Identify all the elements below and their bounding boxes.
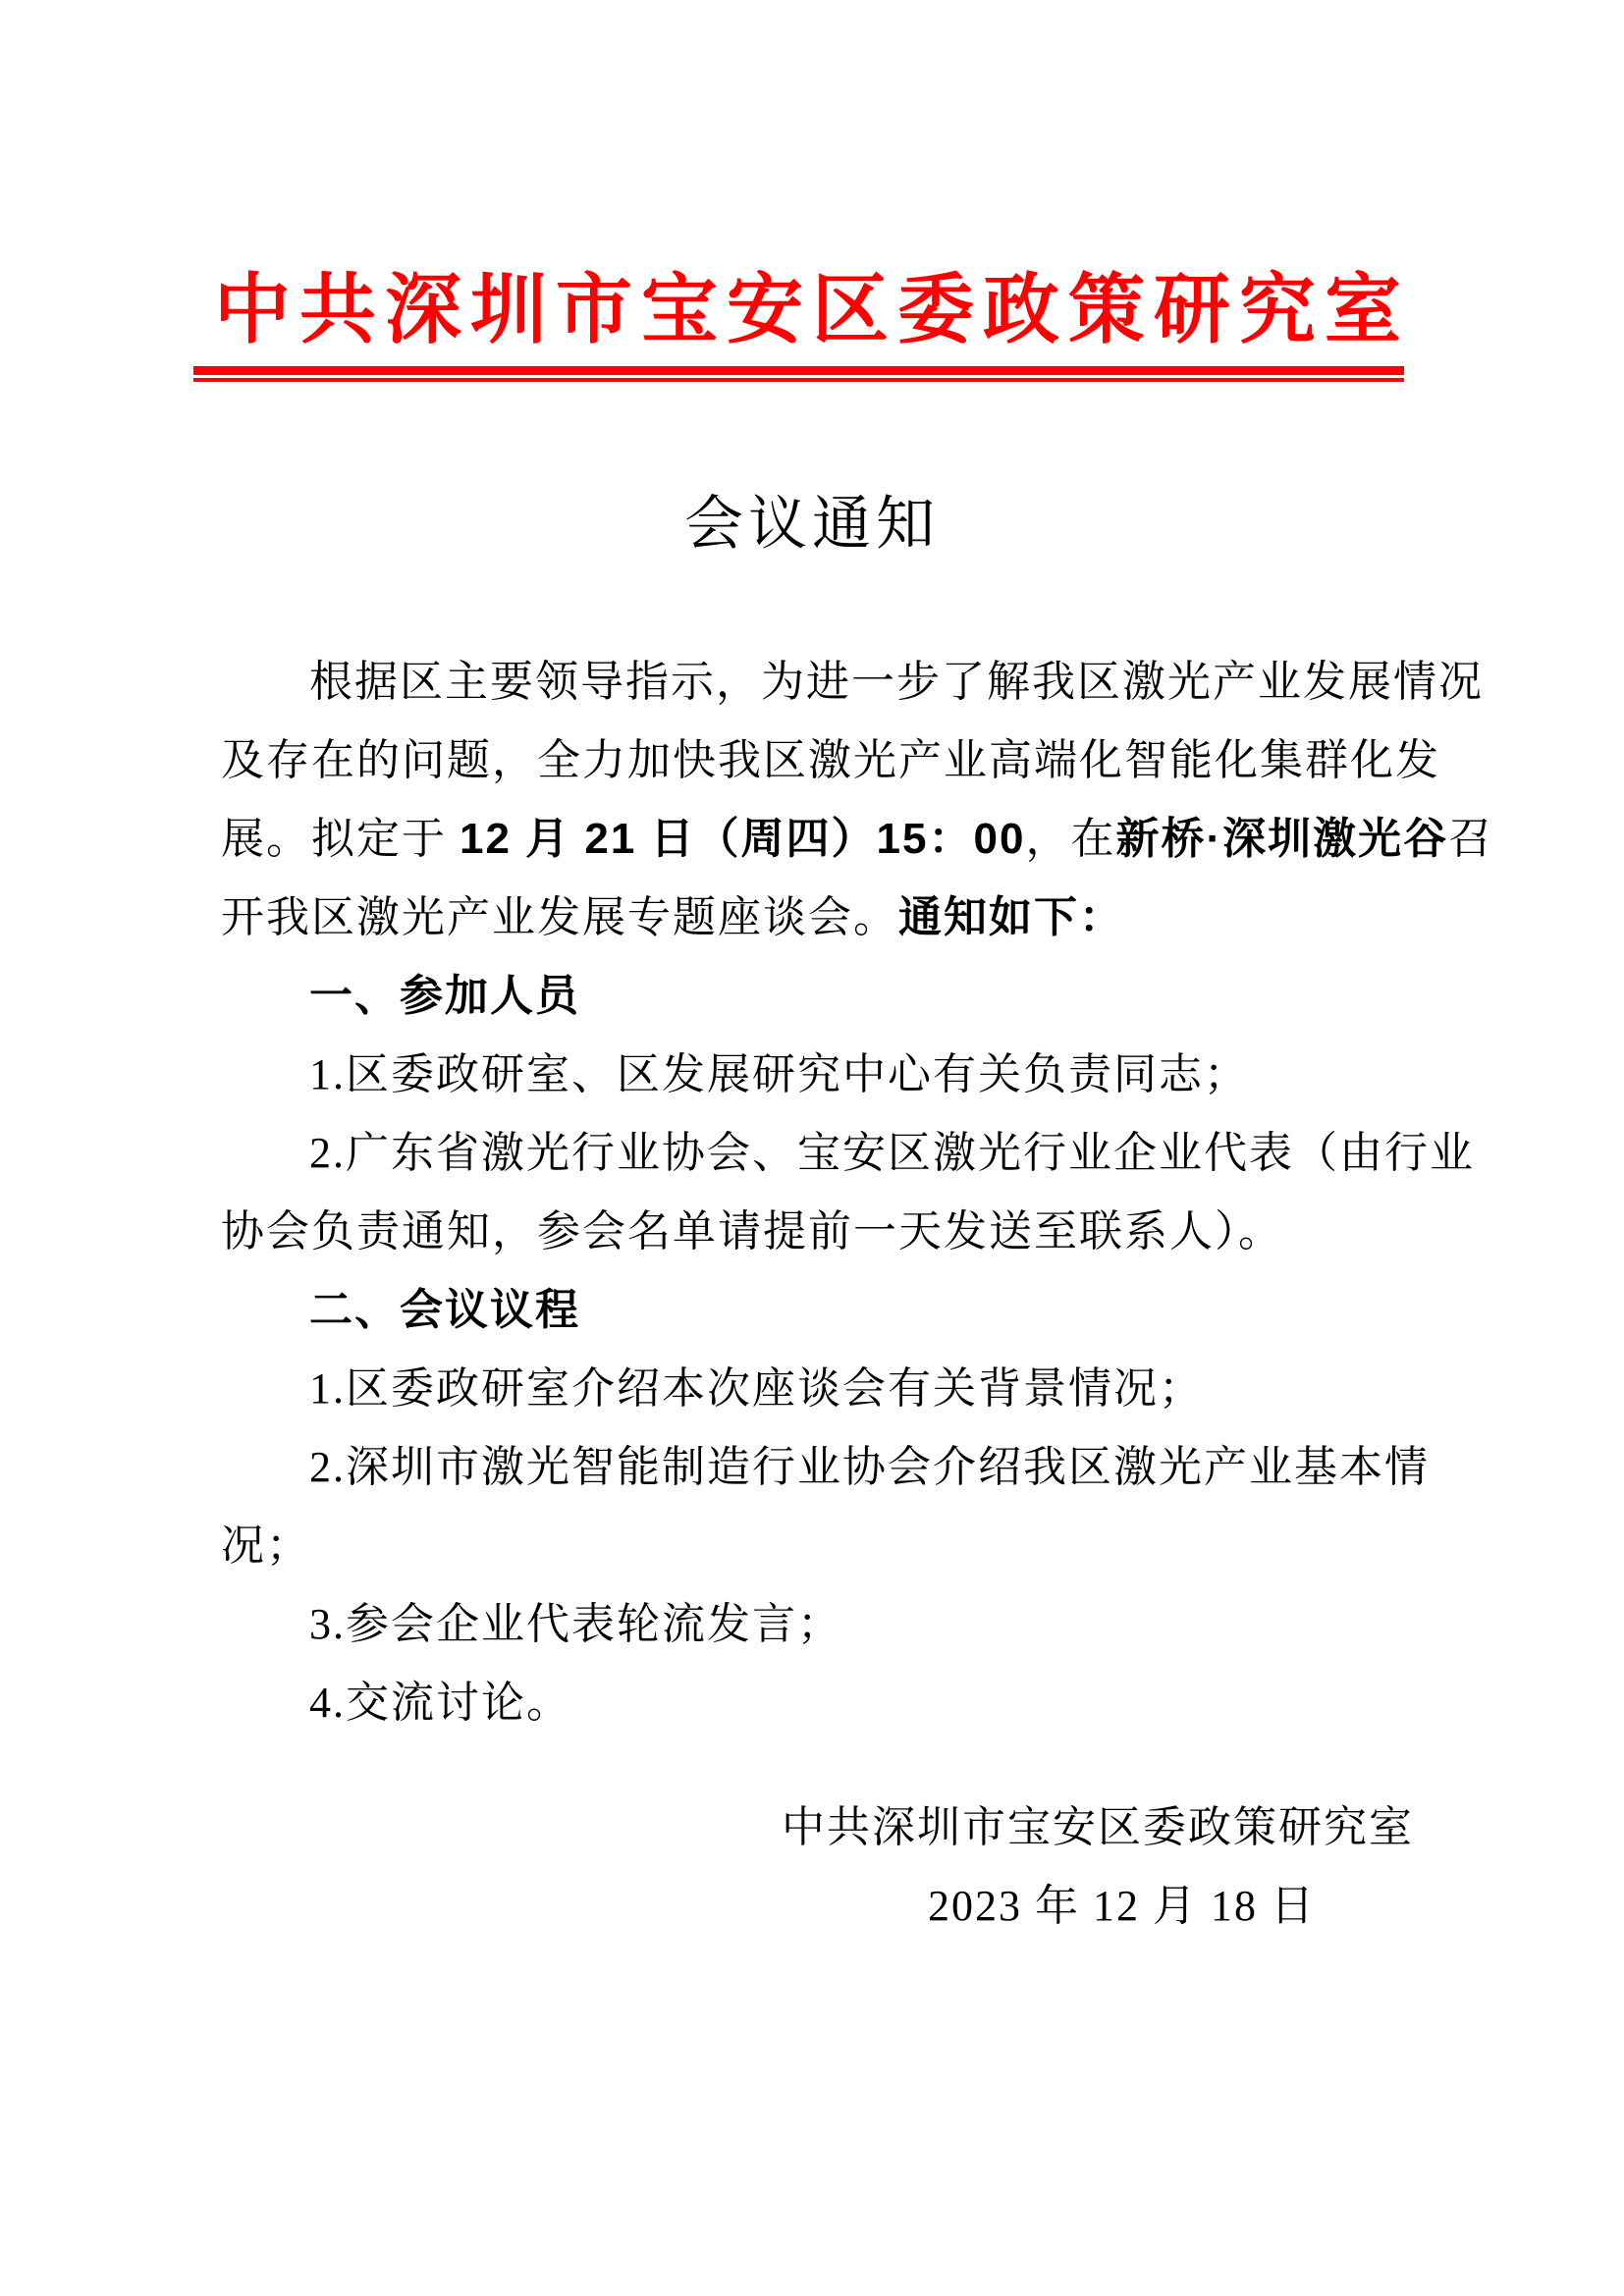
paragraph1-line3-tail: 召	[1448, 815, 1493, 863]
document-body: 根据区主要领导指示，为进一步了解我区激光产业发展情况 及存在的问题，全力加快我区…	[221, 643, 1438, 1742]
signature-date: 2023 年 12 月 18 日	[928, 1867, 1316, 1946]
paragraph1-line3: 展。拟定于 12 月 21 日（周四）15：00，在新桥·深圳激光谷召	[221, 800, 1438, 879]
letterhead-rule	[193, 366, 1404, 382]
paragraph1-line1: 根据区主要领导指示，为进一步了解我区激光产业发展情况	[221, 643, 1438, 721]
paragraph1-line4-text: 开我区激光产业发展专题座谈会。	[221, 893, 898, 941]
section2-item3: 3.参会企业代表轮流发言；	[221, 1585, 1438, 1664]
paragraph1-line4: 开我区激光产业发展专题座谈会。通知如下：	[221, 879, 1438, 957]
letterhead-rule-thin	[193, 378, 1404, 382]
section1-item2-line1: 2.广东省激光行业协会、宝安区激光行业企业代表（由行业	[221, 1114, 1438, 1193]
paragraph1-line3-connector: ，在	[1025, 815, 1115, 863]
section2-item4: 4.交流讨论。	[221, 1664, 1438, 1742]
section1-item1: 1.区委政研室、区发展研究中心有关负责同志；	[221, 1036, 1438, 1114]
section1-heading: 一、参加人员	[221, 957, 1438, 1036]
section2-item2-line1: 2.深圳市激光智能制造行业协会介绍我区激光产业基本情	[221, 1428, 1438, 1507]
section2-heading: 二、会议议程	[221, 1271, 1438, 1350]
meeting-datetime: 12 月 21 日（周四）15：00	[460, 815, 1025, 863]
letterhead-org-title: 中共深圳市宝安区委政策研究室	[0, 269, 1624, 351]
document-title: 会议通知	[0, 485, 1624, 563]
paragraph1-line2: 及存在的问题，全力加快我区激光产业高端化智能化集群化发	[221, 721, 1438, 800]
paragraph1-line3-text: 展。拟定于	[221, 815, 460, 863]
section2-item1: 1.区委政研室介绍本次座谈会有关背景情况；	[221, 1350, 1438, 1428]
signature-org: 中共深圳市宝安区委政策研究室	[782, 1789, 1414, 1867]
meeting-location: 新桥·深圳激光谷	[1115, 815, 1448, 863]
section1-item2-line2: 协会负责通知，参会名单请提前一天发送至联系人）。	[221, 1193, 1438, 1271]
section2-item2-line2: 况；	[221, 1507, 1438, 1585]
letterhead-rule-thick	[193, 366, 1404, 375]
document-page: 中共深圳市宝安区委政策研究室 会议通知 根据区主要领导指示，为进一步了解我区激光…	[0, 0, 1624, 2296]
notice-follows-label: 通知如下：	[898, 893, 1124, 941]
